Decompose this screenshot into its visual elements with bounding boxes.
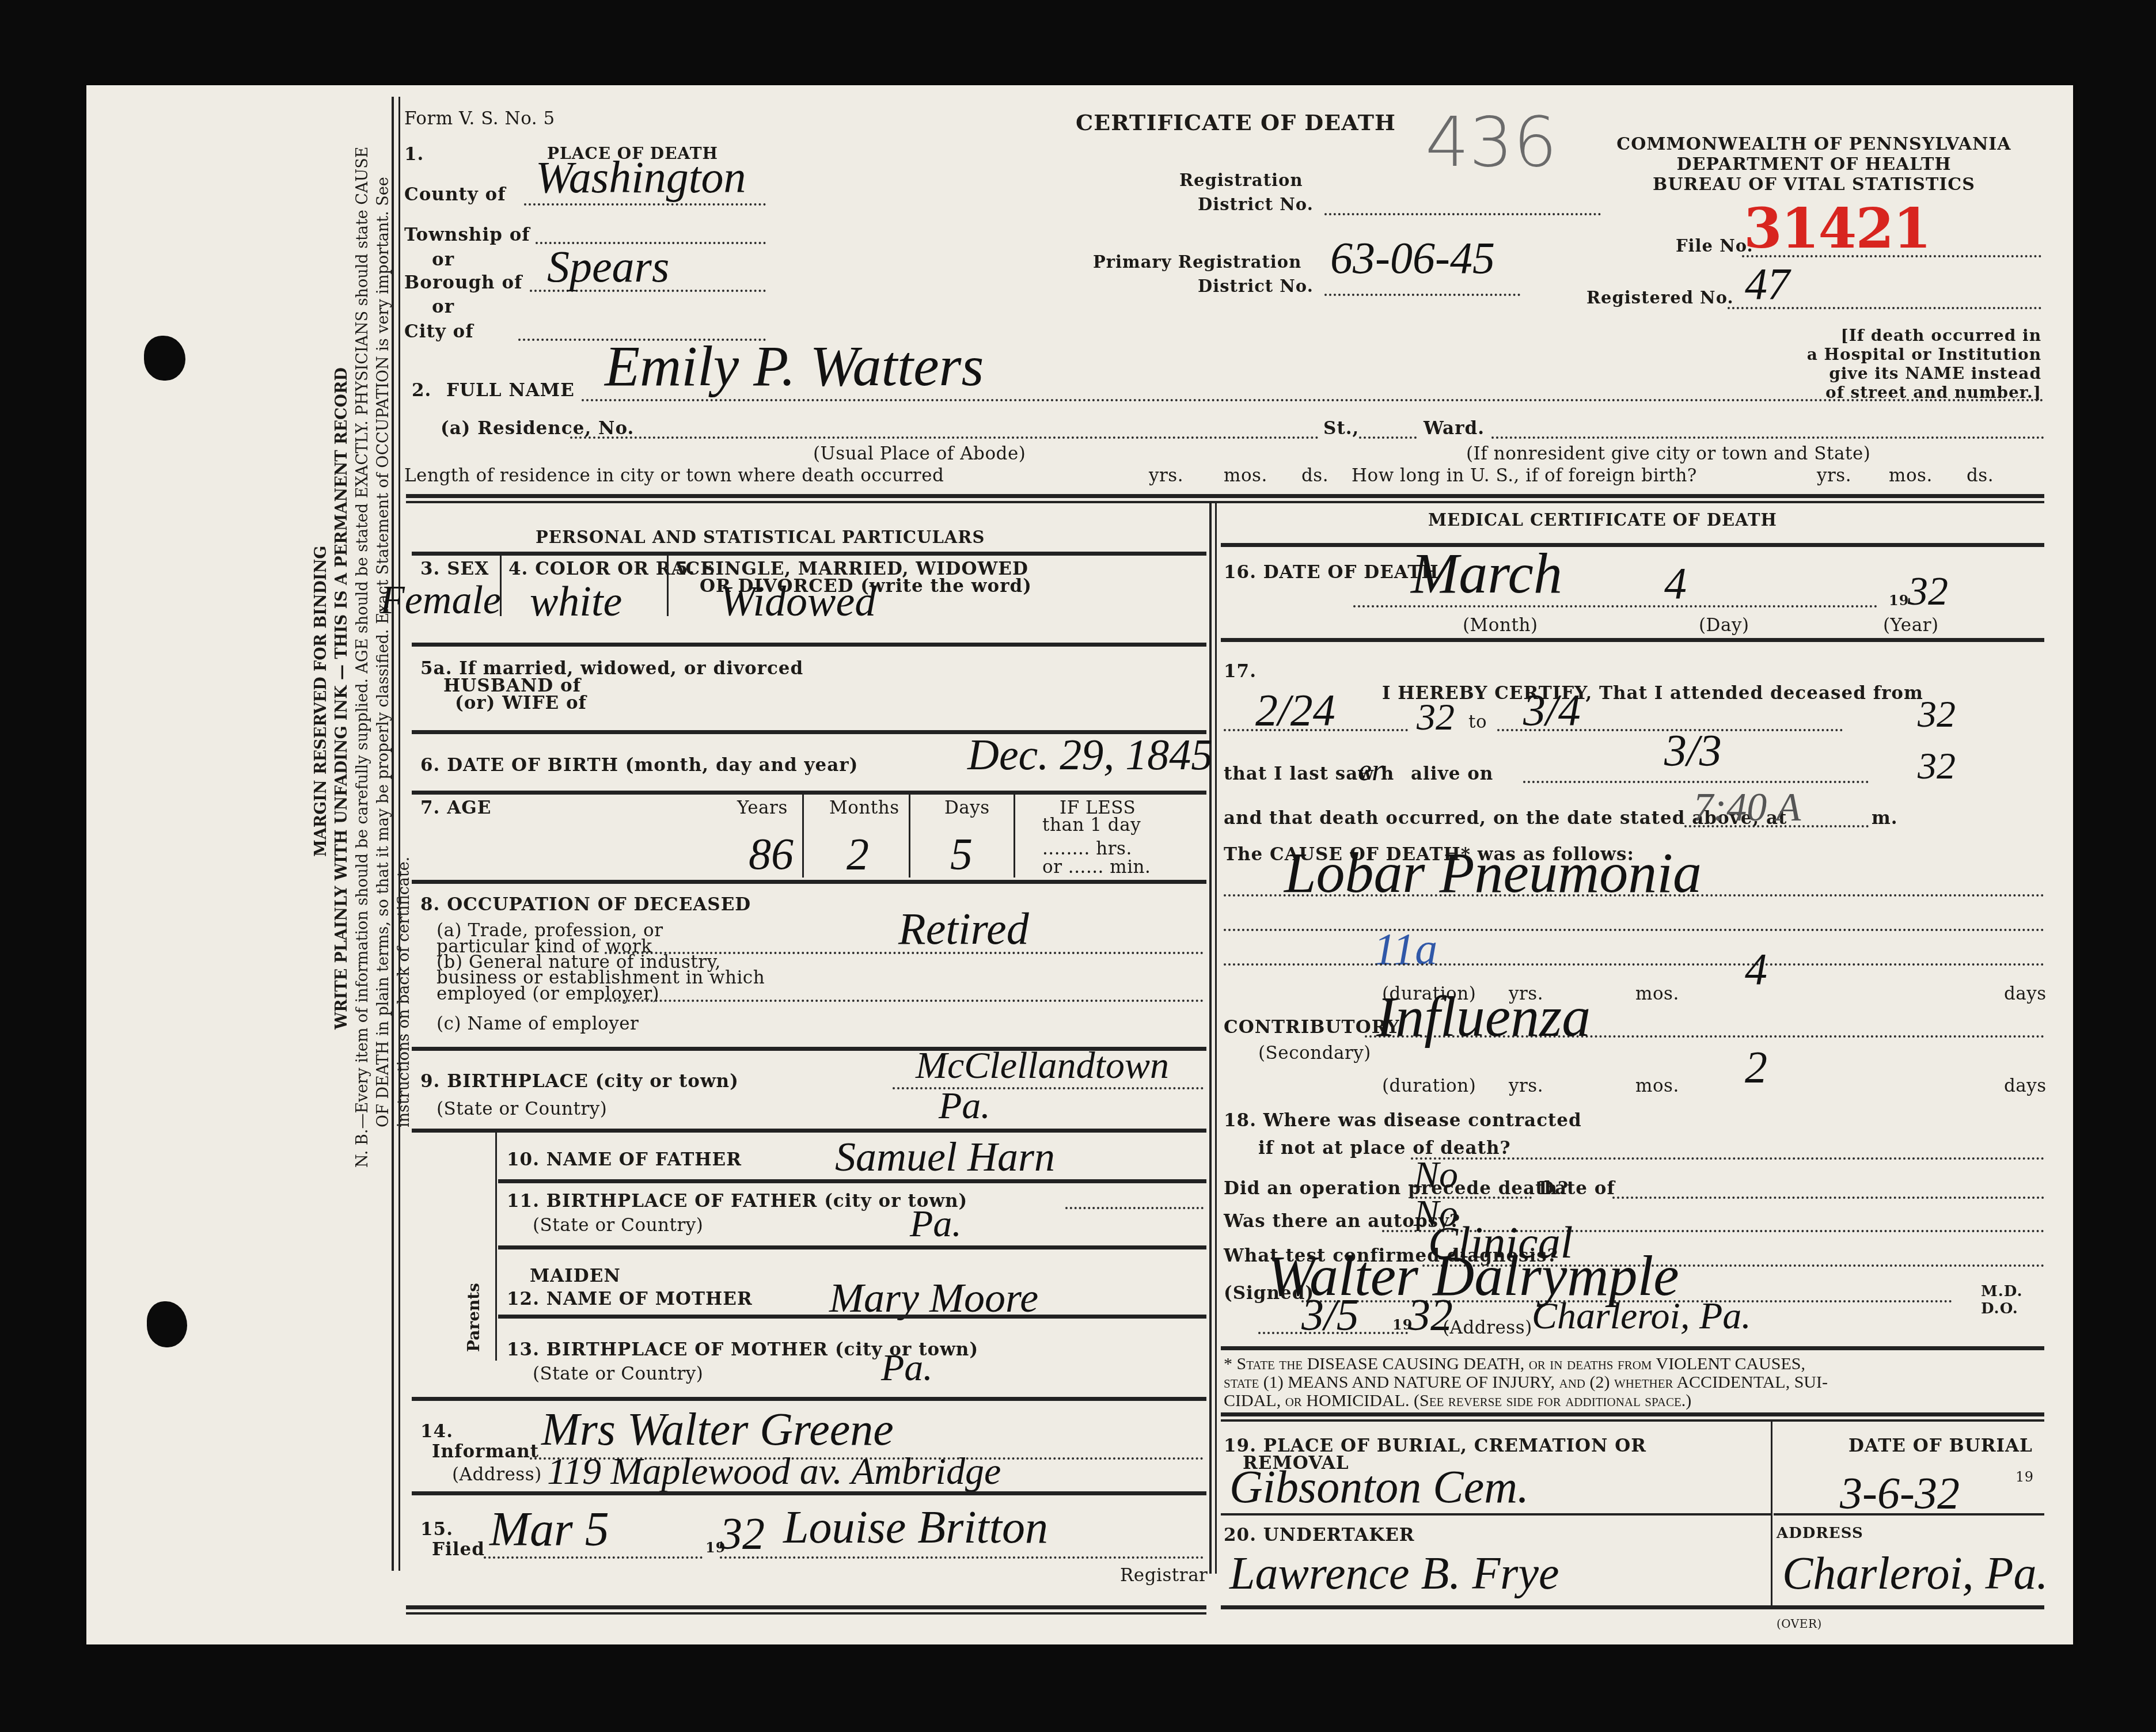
cause-footnote: * State the DISEASE CAUSING DEATH, or in…	[1224, 1355, 2047, 1410]
personal-heading: PERSONAL AND STATISTICAL PARTICULARS	[536, 527, 985, 547]
death-year-value: 32	[1908, 569, 1948, 615]
medical-heading: MEDICAL CERTIFICATE OF DEATH	[1428, 510, 1777, 530]
undertaker-address-value: Charleroi, Pa.	[1782, 1548, 2048, 1600]
county-value: Washington	[536, 151, 746, 203]
burial-place-value: Gibsonton Cem.	[1229, 1461, 1529, 1514]
authority-block: COMMONWEALTH OF PENNSYLVANIA DEPARTMENT …	[1584, 134, 2044, 195]
death-certificate: MARGIN RESERVED FOR BINDING WRITE PLAINL…	[86, 85, 2073, 1644]
binder-hole-bottom	[147, 1301, 187, 1347]
age-days-value: 5	[950, 828, 973, 880]
rule	[1221, 1412, 2044, 1416]
over-note: (OVER)	[1777, 1617, 1822, 1631]
age-months-value: 2	[847, 828, 869, 880]
death-month-value: March	[1411, 540, 1562, 606]
mother-birthplace-value: Pa.	[881, 1346, 933, 1390]
contributory-value: Influenza	[1376, 983, 1591, 1050]
rule	[412, 880, 1206, 884]
marital-status-value: Widowed	[720, 578, 876, 626]
filed-date-value: Mar 5	[489, 1502, 609, 1558]
rule	[1221, 1346, 2044, 1350]
cause-of-death-field-2[interactable]	[1224, 929, 2044, 931]
residence-number-field[interactable]	[570, 436, 1319, 439]
form-number: Form V. S. No. 5	[404, 108, 555, 129]
section-divider	[406, 494, 2044, 498]
attended-to-value: 3/4	[1523, 684, 1581, 736]
father-name-value: Samuel Harn	[835, 1133, 1055, 1181]
rule	[498, 1179, 1206, 1183]
cause-of-death-value: Lobar Pneumonia	[1284, 840, 1702, 906]
signed-date-value: 3/5	[1301, 1289, 1359, 1340]
rule	[412, 1491, 1206, 1495]
hospital-note: [If death occurred in a Hospital or Inst…	[1728, 326, 2041, 402]
rule	[412, 643, 1206, 647]
page-title: CERTIFICATE OF DEATH	[1076, 109, 1396, 135]
pencil-annotation: 436	[1425, 102, 1557, 183]
rule	[412, 552, 1206, 556]
rule	[406, 1605, 1206, 1609]
rule	[1221, 543, 2044, 547]
street-field[interactable]	[1359, 436, 1417, 439]
file-number-stamp: 31421	[1744, 196, 1930, 261]
form-left-border-inner	[398, 97, 400, 1571]
rule	[667, 553, 669, 616]
birthplace-city-value: McClellandtown	[916, 1044, 1169, 1088]
rule	[1221, 1605, 2044, 1609]
rule	[1221, 1513, 1771, 1515]
race-value: white	[530, 578, 622, 626]
primary-registration-value: 63-06-45	[1330, 232, 1495, 284]
full-name-field[interactable]	[582, 399, 2044, 401]
form-left-border	[392, 97, 394, 1571]
rule	[498, 1245, 1206, 1249]
registrar-field[interactable]	[720, 1556, 1204, 1559]
attended-from-value: 2/24	[1255, 684, 1335, 736]
cause-duration-days: 4	[1745, 943, 1767, 995]
undertaker-value: Lawrence B. Frye	[1229, 1548, 1559, 1600]
operation-date-field[interactable]	[1612, 1197, 2044, 1199]
parents-label: Parents	[464, 1283, 484, 1352]
time-of-death-value: 7:40 A	[1693, 785, 1801, 831]
rule	[412, 1129, 1206, 1133]
rule	[909, 792, 910, 878]
column-divider	[1209, 503, 1212, 1574]
ward-field[interactable]	[1491, 436, 2044, 439]
primary-registration-field[interactable]	[1324, 294, 1520, 296]
operation-value: No	[1414, 1153, 1458, 1197]
rule	[802, 792, 804, 878]
sex-value: Female	[380, 578, 501, 624]
rule	[1014, 792, 1015, 878]
burial-divider	[1771, 1421, 1772, 1605]
parents-divider	[495, 1130, 497, 1361]
occupation-industry-field[interactable]	[605, 1000, 1204, 1002]
cause-of-death-field-3[interactable]	[1224, 963, 2044, 966]
date-of-birth-value: Dec. 29, 1845	[967, 730, 1213, 780]
age-years-value: 86	[749, 828, 794, 880]
rule	[1774, 1513, 2044, 1515]
cause-code-annotation: 11a	[1373, 923, 1437, 975]
registrar-signature: Louise Britton	[783, 1502, 1048, 1554]
filed-year-value: 32	[720, 1507, 765, 1559]
rule	[1221, 638, 2044, 642]
full-name-value: Emily P. Watters	[605, 333, 984, 399]
last-saw-year: 32	[1918, 745, 1956, 788]
physician-address-value: Charleroi, Pa.	[1532, 1294, 1751, 1338]
where-contracted-field[interactable]	[1411, 1157, 2044, 1160]
contributory-duration-days: 2	[1745, 1041, 1767, 1093]
rule	[412, 791, 1206, 795]
informant-address-value: 119 Maplewood av. Ambridge	[547, 1450, 1001, 1494]
registration-district-field[interactable]	[1324, 213, 1601, 215]
binder-hole-top	[144, 336, 185, 381]
attended-to-year: 32	[1918, 693, 1956, 736]
last-saw-value: 3/3	[1664, 724, 1722, 776]
column-divider-inner	[1215, 503, 1217, 1574]
birthplace-state-value: Pa.	[939, 1084, 990, 1128]
rule	[412, 1397, 1206, 1401]
county-field[interactable]	[524, 203, 766, 206]
borough-value: Spears	[547, 241, 669, 293]
father-birthplace-field[interactable]	[1065, 1207, 1204, 1209]
burial-date-value: 3-6-32	[1840, 1467, 1960, 1519]
rule	[1221, 1419, 2044, 1422]
attended-from-year: 32	[1417, 696, 1455, 739]
last-saw-pronoun: er	[1358, 752, 1384, 788]
father-birthplace-value: Pa.	[910, 1202, 962, 1246]
last-saw-field[interactable]	[1523, 781, 1869, 783]
informant-value: Mrs Walter Greene	[541, 1404, 894, 1456]
section-divider-inner	[406, 501, 2044, 503]
death-day-value: 4	[1664, 557, 1687, 609]
rule	[498, 1315, 1206, 1319]
occupation-value: Retired	[898, 903, 1029, 955]
registered-no-value: 47	[1745, 258, 1790, 310]
rule	[406, 1612, 1206, 1615]
